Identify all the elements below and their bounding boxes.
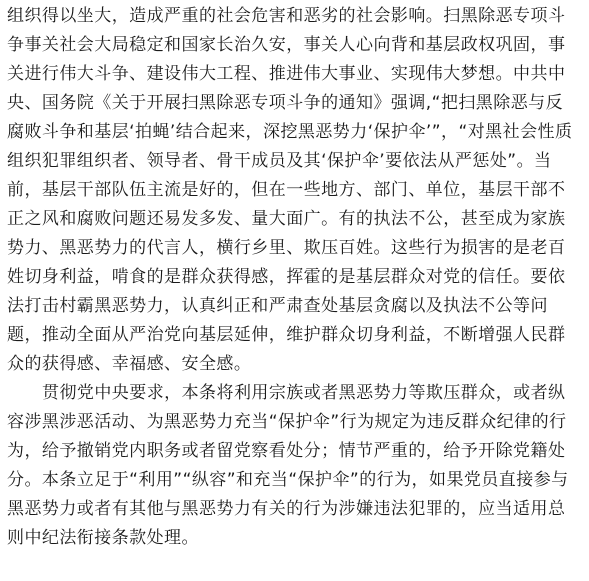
text-line: 关进行伟大斗争、建设伟大工程、推进伟大事业、实现伟大梦想。中共中 <box>7 60 565 89</box>
text-line: 题，推动全面从严治党向基层延伸，维护群众切身利益，不断增强人民群 <box>7 321 565 350</box>
document-body: 组织得以坐大，造成严重的社会危害和恶劣的社会影响。扫黑除恶专项斗 争事关社会大局… <box>0 0 589 581</box>
text-line: 组织得以坐大，造成严重的社会危害和恶劣的社会影响。扫黑除恶专项斗 <box>7 2 565 31</box>
text-line: 前，基层干部队伍主流是好的，但在一些地方、部门、单位，基层干部不 <box>7 176 565 205</box>
text-line: 众的获得感、幸福感、安全感。 <box>7 350 251 379</box>
text-line: 贯彻党中央要求，本条将利用宗族或者黑恶势力等欺压群众，或者纵 <box>42 379 566 408</box>
text-line: 分。本条立足于“利用”“纵容”和充当“保护伞”的行为，如果党员直接参与 <box>7 466 569 495</box>
text-line: 黑恶势力或者有其他与黑恶势力有关的行为涉嫌违法犯罪的，应当适用总 <box>7 495 565 524</box>
text-line: 争事关社会大局稳定和国家长治久安，事关人心向背和基层政权巩固，事 <box>7 31 565 60</box>
text-line: 央、国务院《关于开展扫黑除恶专项斗争的通知》强调,“把扫黑除恶与反 <box>7 89 563 118</box>
text-line: 正之风和腐败问题还易发多发、量大面广。有的执法不公，甚至成为家族 <box>7 205 565 234</box>
text-line: 势力、黑恶势力的代言人，横行乡里、欺压百姓。这些行为损害的是老百 <box>7 234 565 263</box>
text-line: 法打击村霸黑恶势力，认真纠正和严肃查处基层贪腐以及执法不公等问 <box>7 292 548 321</box>
text-line: 姓切身利益，啃食的是群众获得感，挥霍的是基层群众对党的信任。要依 <box>7 263 565 292</box>
text-line: 容涉黑涉恶活动、为黑恶势力充当“保护伞”行为规定为违反群众纪律的行 <box>7 408 566 437</box>
text-line: 则中纪法衔接条款处理。 <box>7 524 199 553</box>
text-line: 腐败斗争和基层‘拍蝇’结合起来，深挖黑恶势力‘保护伞’”，“对黑社会性质 <box>7 118 572 147</box>
text-line: 为，给予撤销党内职务或者留党察看处分；情节严重的，给予开除党籍处 <box>7 437 565 466</box>
text-line: 组织犯罪组织者、领导者、骨干成员及其‘保护伞’要依法从严惩处”。当 <box>7 147 551 176</box>
